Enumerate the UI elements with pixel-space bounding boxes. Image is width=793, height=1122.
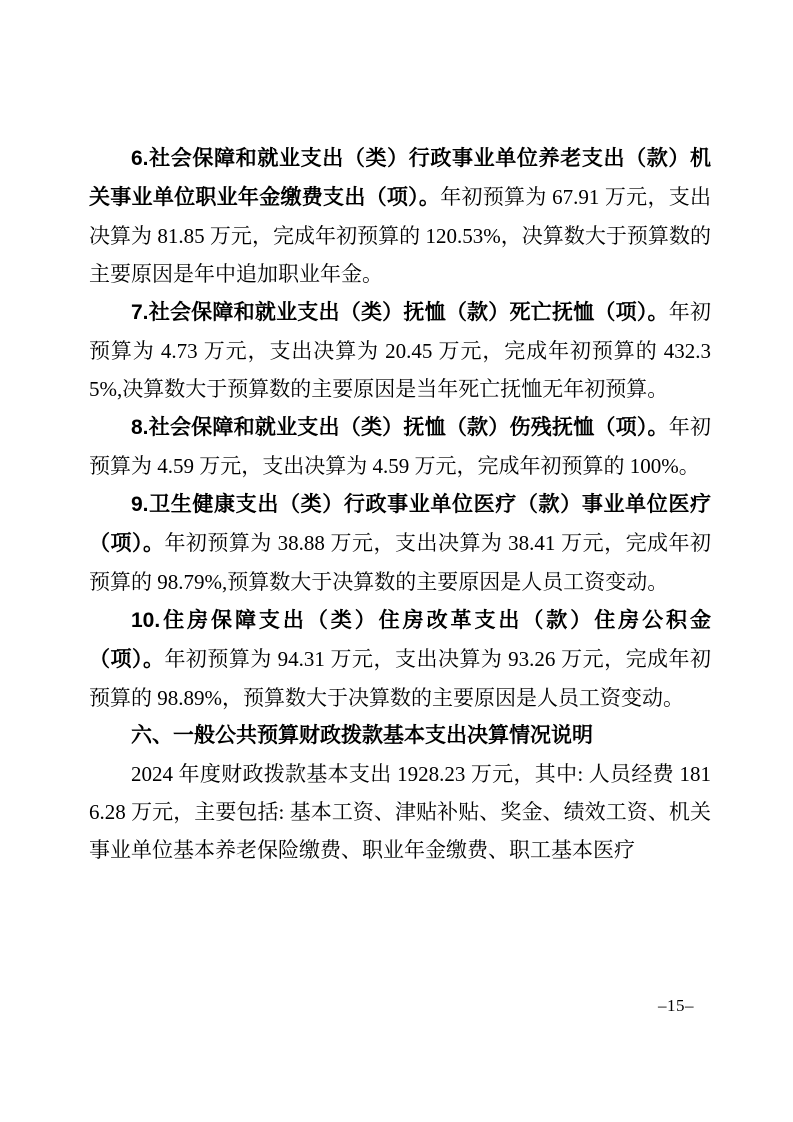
body-text: 2024 年度财政拨款基本支出 1928.23 万元，其中: 人员经费 1816… bbox=[89, 762, 711, 862]
paragraph: 8.社会保障和就业支出（类）抚恤（款）伤残抚恤（项）。年初预算为 4.59 万元… bbox=[89, 408, 711, 485]
item-title-text: 7.社会保障和就业支出（类）抚恤（款）死亡抚恤（项）。 bbox=[131, 301, 669, 324]
item-title-text: 8.社会保障和就业支出（类）抚恤（款）伤残抚恤（项）。 bbox=[131, 416, 669, 439]
paragraph: 2024 年度财政拨款基本支出 1928.23 万元，其中: 人员经费 1816… bbox=[89, 755, 711, 869]
paragraph: 10.住房保障支出（类）住房改革支出（款）住房公积金（项）。年初预算为 94.3… bbox=[89, 601, 711, 717]
item-title-text: 六、一般公共预算财政拨款基本支出决算情况说明 bbox=[131, 724, 593, 747]
body-text: 年初预算为 38.88 万元，支出决算为 38.41 万元，完成年初预算的 98… bbox=[89, 531, 711, 594]
paragraph: 9.卫生健康支出（类）行政事业单位医疗（款）事业单位医疗（项）。年初预算为 38… bbox=[89, 485, 711, 601]
document-body: 6.社会保障和就业支出（类）行政事业单位养老支出（款）机关事业单位职业年金缴费支… bbox=[89, 139, 711, 869]
section-heading: 六、一般公共预算财政拨款基本支出决算情况说明 bbox=[89, 717, 711, 755]
paragraph: 7.社会保障和就业支出（类）抚恤（款）死亡抚恤（项）。年初预算为 4.73 万元… bbox=[89, 293, 711, 408]
document-page: 6.社会保障和就业支出（类）行政事业单位养老支出（款）机关事业单位职业年金缴费支… bbox=[0, 0, 793, 1122]
page-number: –15– bbox=[658, 995, 694, 1017]
body-text: 年初预算为 94.31 万元，支出决算为 93.26 万元，完成年初预算的 98… bbox=[89, 647, 711, 710]
paragraph: 6.社会保障和就业支出（类）行政事业单位养老支出（款）机关事业单位职业年金缴费支… bbox=[89, 139, 711, 293]
